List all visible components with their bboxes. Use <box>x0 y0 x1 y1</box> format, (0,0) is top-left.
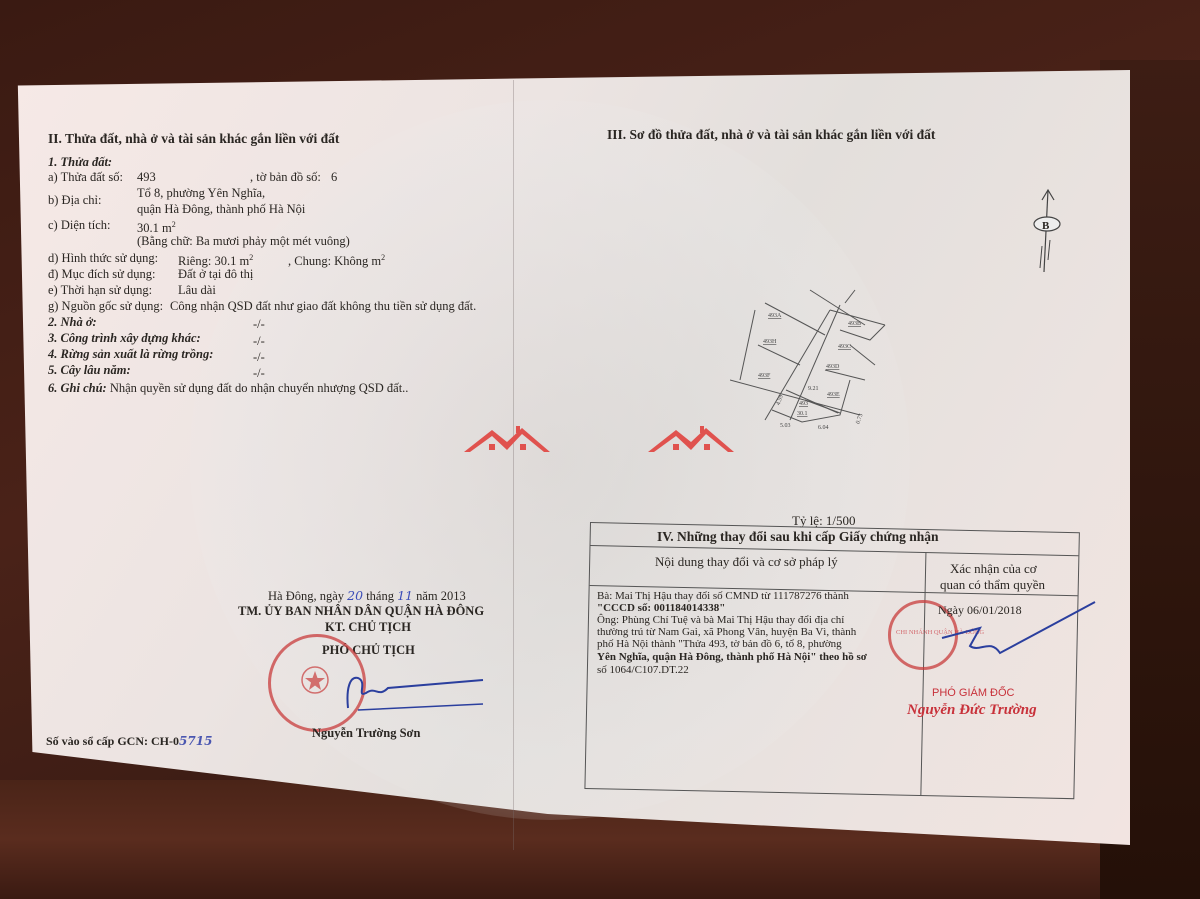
svg-text:493F: 493F <box>758 373 771 379</box>
house-label: 2. Nhà ở: <box>48 315 97 329</box>
perennial-value: -/- <box>253 366 265 380</box>
svg-text:493C: 493C <box>838 344 851 350</box>
svg-text:493E: 493E <box>827 392 840 398</box>
map-sheet-label: , tờ bản đồ số: <box>250 170 321 184</box>
area-label: c) Diện tích: <box>48 218 110 232</box>
purpose-value: Đất ở tại đô thị <box>178 267 253 281</box>
forest-label: 4. Rừng sản xuất là rừng trồng: <box>48 347 213 361</box>
origin-label: g) Nguồn gốc sử dụng: <box>48 299 163 313</box>
col2-header-line1: Xác nhận của cơ <box>950 562 1037 576</box>
signer-name: Nguyễn Trường Sơn <box>312 726 420 740</box>
section3-title: III. Sơ đồ thửa đất, nhà ở và tài sản kh… <box>607 128 935 142</box>
svg-text:5.03: 5.03 <box>780 423 791 429</box>
purpose-label: đ) Mục đích sử dụng: <box>48 267 155 281</box>
parcel-label: a) Thửa đất số: <box>48 170 123 184</box>
area-value: 30.1 m2 <box>137 218 176 235</box>
signer-role1: KT. CHỦ TỊCH <box>325 620 411 634</box>
land-heading: 1. Thửa đất: <box>48 155 112 169</box>
usage-form-label: d) Hình thức sử dụng: <box>48 251 158 265</box>
area-words: (Bằng chữ: Ba mươi phảy một mét vuông) <box>137 234 350 248</box>
origin-value: Công nhận QSD đất như giao đất không thu… <box>170 299 476 313</box>
signer-signature <box>338 668 488 718</box>
svg-text:30.1: 30.1 <box>797 411 808 417</box>
address-line1: Tổ 8, phường Yên Nghĩa, <box>137 186 265 200</box>
issuing-org: TM. ỦY BAN NHÂN DÂN QUẬN HÀ ĐÔNG <box>238 604 484 618</box>
north-arrow-icon <box>1028 188 1068 278</box>
section2-title: II. Thửa đất, nhà ở và tài sản khác gắn … <box>48 132 339 146</box>
parcel-number: 493 <box>137 170 156 184</box>
svg-text:4.59: 4.59 <box>776 394 785 406</box>
usage-private: Riêng: 30.1 m2 <box>178 251 253 268</box>
house-value: -/- <box>253 317 265 331</box>
change-line: phố Hà Nội thành "Thửa 493, tờ bản đồ 6,… <box>597 637 842 651</box>
svg-text:493A: 493A <box>768 313 782 319</box>
change-line: số 1064/C107.DT.22 <box>597 663 689 677</box>
page-fold <box>513 80 514 850</box>
svg-text:493: 493 <box>799 401 808 407</box>
forest-value: -/- <box>253 350 265 364</box>
col2-header-line2: quan có thẩm quyền <box>940 578 1045 592</box>
other-construction-value: -/- <box>253 334 265 348</box>
registry-number: Số vào sổ cấp GCN: CH-05715 <box>46 734 212 748</box>
svg-text:493H: 493H <box>763 339 777 345</box>
note-row: 6. Ghi chú: Nhận quyền sử dụng đất do nh… <box>48 381 408 395</box>
svg-text:6.04: 6.04 <box>818 425 829 430</box>
issue-date: Hà Đông, ngày 20 tháng 11 năm 2013 <box>268 589 466 603</box>
change-line: Yên Nghĩa, quận Hà Đông, thành phố Hà Nộ… <box>597 650 867 664</box>
address-label: b) Địa chỉ: <box>48 193 101 207</box>
house-roof-icon <box>464 424 550 452</box>
svg-text:493B: 493B <box>848 321 861 327</box>
term-label: e) Thời hạn sử dụng: <box>48 283 152 297</box>
svg-text:9.21: 9.21 <box>808 386 819 392</box>
svg-text:0.73: 0.73 <box>855 413 864 425</box>
confirm-signer: Nguyễn Đức Trường <box>907 703 1037 717</box>
perennial-label: 5. Cây lâu năm: <box>48 363 131 377</box>
map-sheet-number: 6 <box>331 170 337 184</box>
north-label: B <box>1042 219 1049 233</box>
confirm-signature <box>940 598 1100 668</box>
other-construction-label: 3. Công trình xây dựng khác: <box>48 331 201 345</box>
parcel-diagram: 493A493B 493H493C 493D493F 493E49330.1 9… <box>730 285 890 430</box>
confirm-role: PHÓ GIÁM ĐỐC <box>932 686 1015 700</box>
star-emblem-icon <box>300 665 330 695</box>
address-line2: quận Hà Đông, thành phố Hà Nội <box>137 202 305 216</box>
section4-title: IV. Những thay đổi sau khi cấp Giấy chứn… <box>657 530 939 544</box>
usage-common: , Chung: Không m2 <box>288 251 385 268</box>
house-roof-icon <box>648 424 734 452</box>
svg-text:493D: 493D <box>826 364 840 370</box>
issue-day: 20 <box>347 588 363 603</box>
col1-header: Nội dung thay đổi và cơ sở pháp lý <box>655 555 838 569</box>
issue-month: 11 <box>397 588 413 603</box>
term-value: Lâu dài <box>178 283 216 297</box>
